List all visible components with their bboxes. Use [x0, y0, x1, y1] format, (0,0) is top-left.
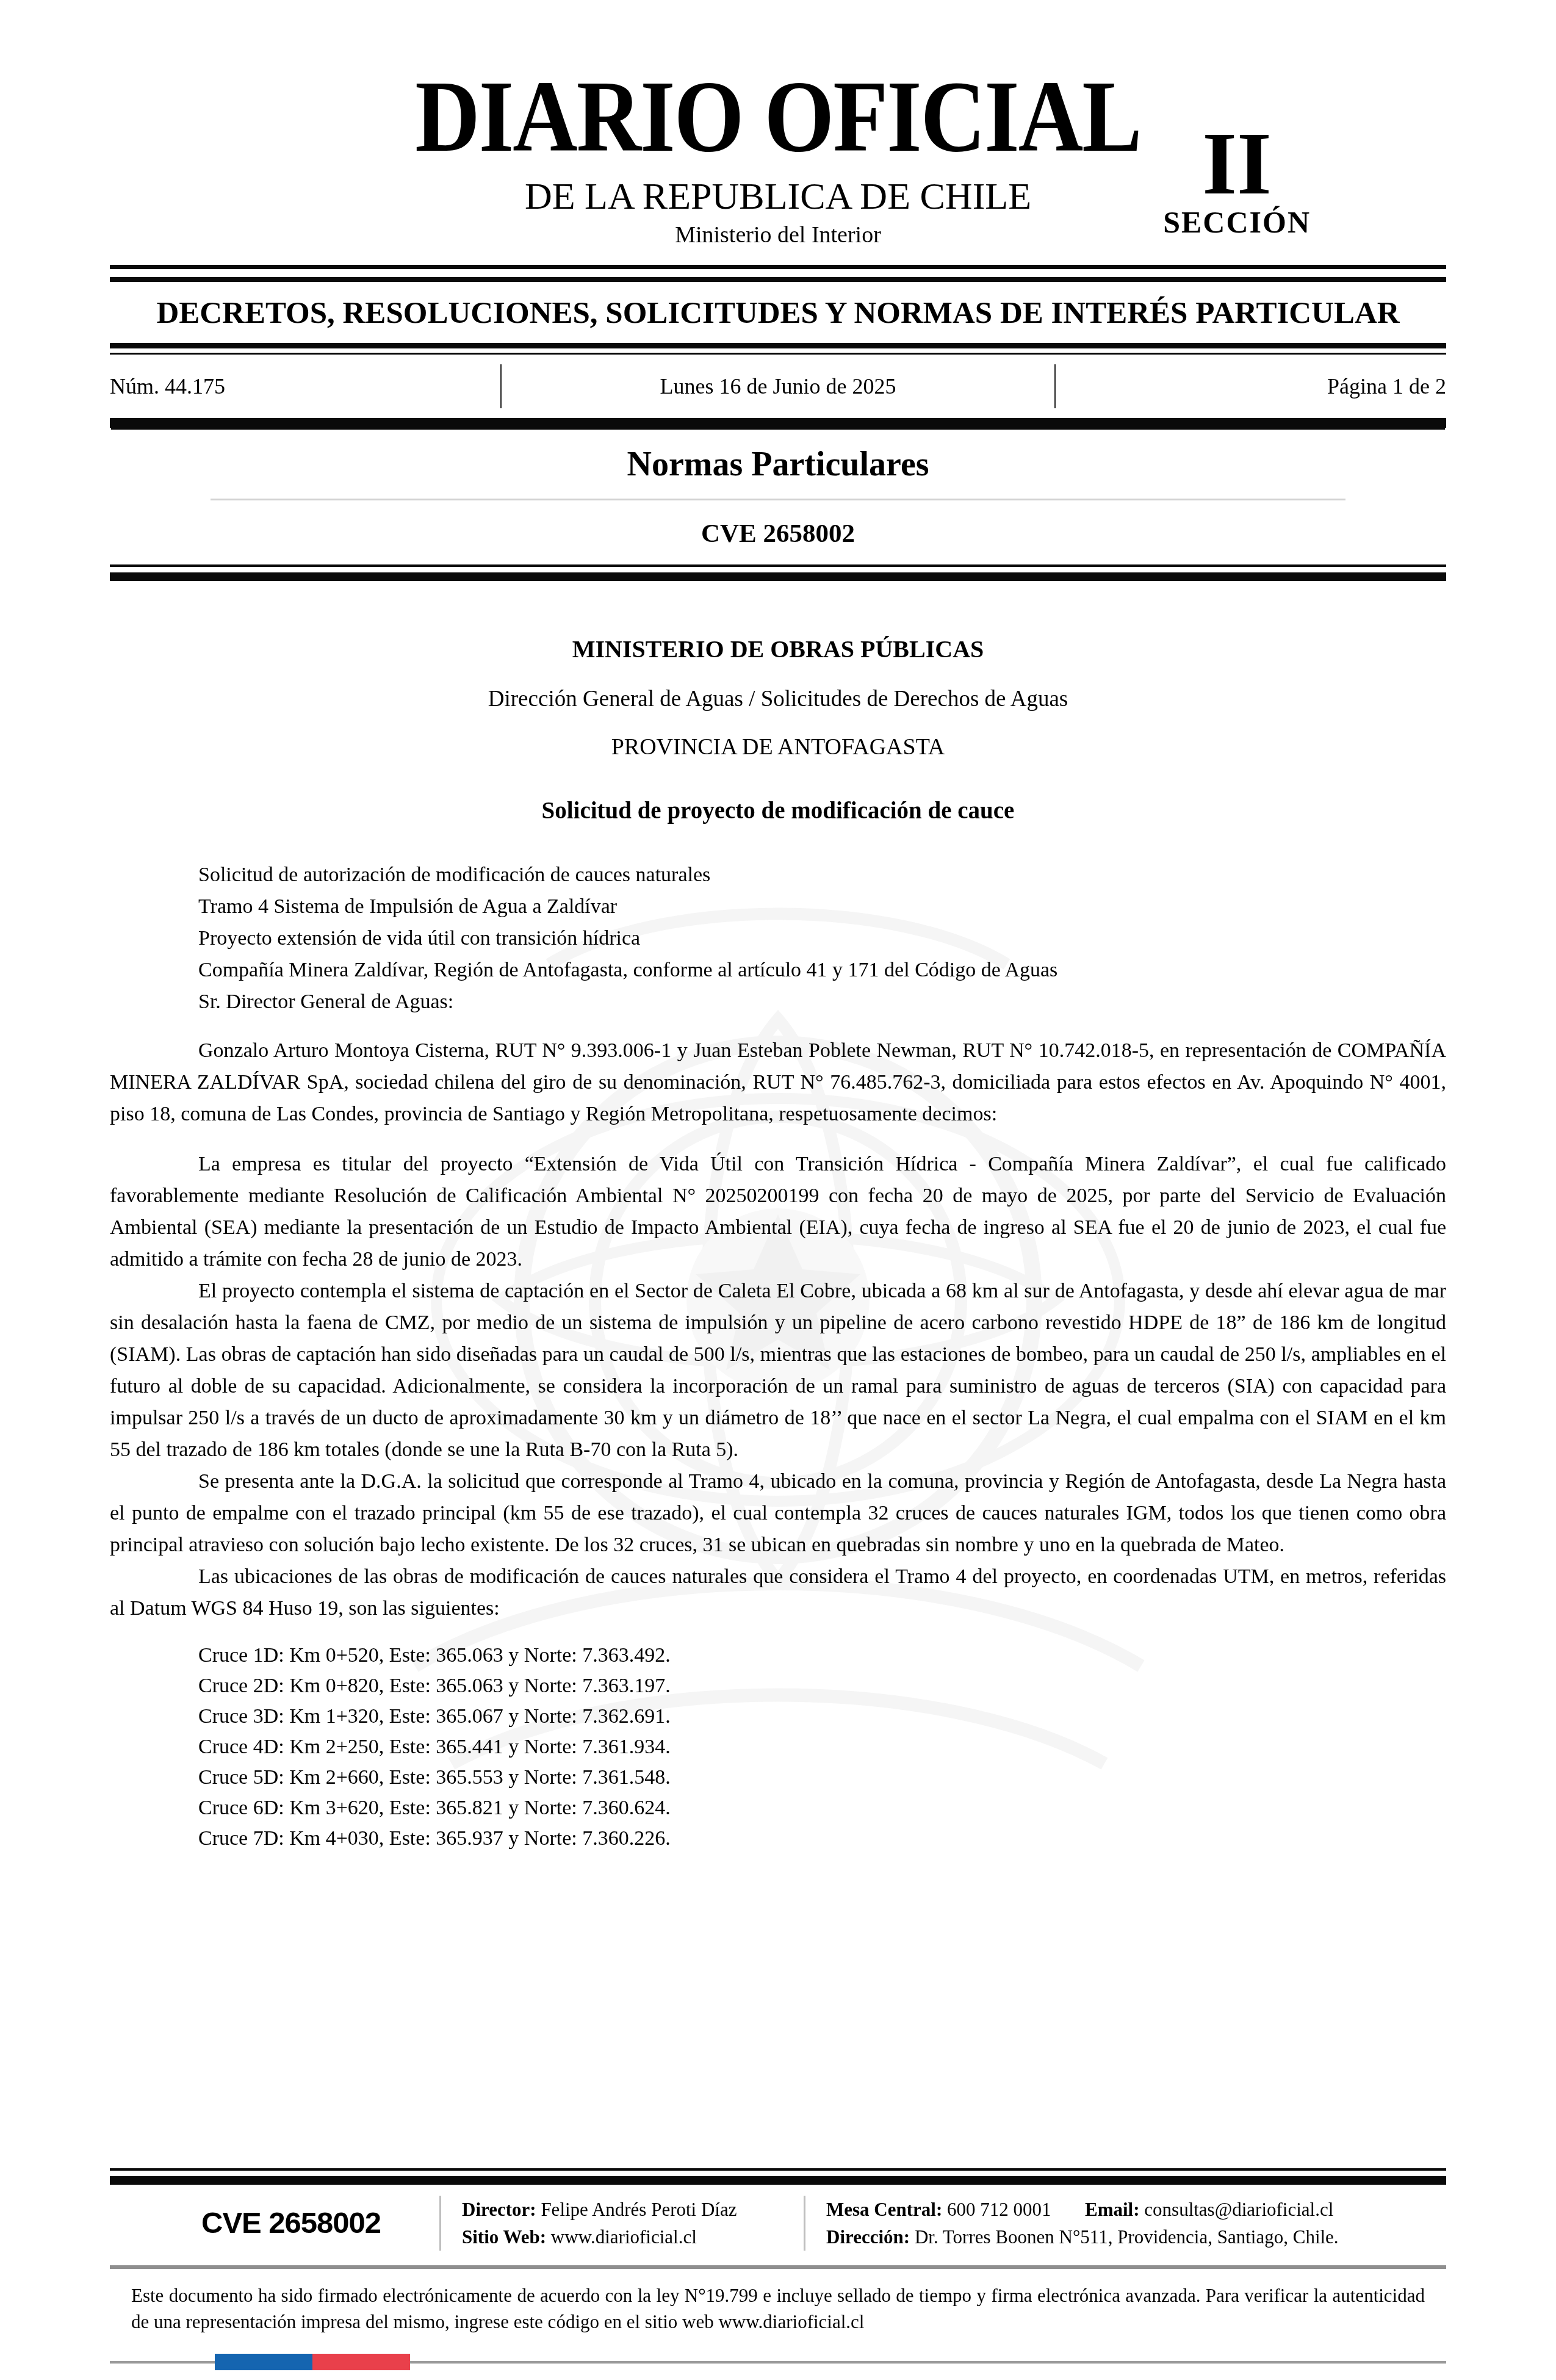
page-content: DIARIO OFICIAL DE LA REPUBLICA DE CHILE …	[0, 0, 1556, 1854]
body-paragraph: La empresa es titular del proyecto “Exte…	[110, 1149, 1446, 1275]
issue-number: Núm. 44.175	[110, 373, 500, 399]
section-title-rule	[211, 499, 1345, 500]
gazette-page: DIARIO OFICIAL DE LA REPUBLICA DE CHILE …	[0, 0, 1556, 2380]
body-paragraph: Gonzalo Arturo Montoya Cisterna, RUT N° …	[110, 1035, 1446, 1130]
footer-director-line: Director: Felipe Andrés Peroti Díaz	[462, 2196, 804, 2223]
website-value: www.diarioficial.cl	[551, 2226, 697, 2248]
notice-top-divider	[110, 564, 1446, 581]
meta-divider	[110, 418, 1446, 428]
footer-contact-column: Mesa Central: 600 712 0001 Email: consul…	[805, 2194, 1446, 2252]
banner-heading: DECRETOS, RESOLUCIONES, SOLICITUDES Y NO…	[110, 282, 1446, 343]
masthead-divider	[110, 265, 1446, 282]
issue-meta-row: Núm. 44.175 Lunes 16 de Junio de 2025 Pá…	[110, 355, 1446, 418]
notice-top-divider-thin	[110, 564, 1446, 567]
request-line: Solicitud de autorización de modificació…	[110, 859, 1446, 891]
footer-gray-rule	[110, 2265, 1446, 2269]
masthead: DIARIO OFICIAL DE LA REPUBLICA DE CHILE …	[110, 0, 1446, 249]
notice-top-divider-bar	[110, 572, 1446, 581]
banner-divider	[110, 343, 1446, 355]
address-value: Dr. Torres Boonen N°511, Providencia, Sa…	[915, 2226, 1339, 2248]
salutation: Sr. Director General de Aguas:	[110, 986, 1446, 1018]
request-paragraph: Compañía Minera Zaldívar, Región de Anto…	[110, 954, 1446, 986]
website-label: Sitio Web:	[462, 2226, 546, 2248]
issue-date: Lunes 16 de Junio de 2025	[502, 373, 1054, 399]
address-label: Dirección:	[826, 2226, 910, 2248]
section-title: Normas Particulares	[110, 445, 1446, 484]
crossing-item: Cruce 7D: Km 4+030, Este: 365.937 y Nort…	[198, 1823, 1446, 1854]
phone-value: 600 712 0001	[947, 2199, 1051, 2220]
footer-top-divider-thin	[110, 2168, 1446, 2171]
body-paragraph: El proyecto contempla el sistema de capt…	[110, 1275, 1446, 1466]
section-roman-numeral: II	[1163, 127, 1311, 200]
footer-website-line: Sitio Web: www.diarioficial.cl	[462, 2223, 804, 2251]
chile-flag-mark	[215, 2354, 410, 2370]
crossing-item: Cruce 3D: Km 1+320, Este: 365.067 y Nort…	[198, 1701, 1446, 1732]
email-value: consultas@diarioficial.cl	[1144, 2199, 1333, 2220]
crossing-item: Cruce 4D: Km 2+250, Este: 365.441 y Nort…	[198, 1732, 1446, 1762]
body-paragraph: Las ubicaciones de las obras de modifica…	[110, 1561, 1446, 1625]
flag-red-block	[312, 2354, 410, 2370]
notice-body: Solicitud de autorización de modificació…	[110, 859, 1446, 1854]
request-line: Proyecto extensión de vida útil con tran…	[110, 923, 1446, 954]
crossing-list: Cruce 1D: Km 0+520, Este: 365.063 y Nort…	[110, 1640, 1446, 1854]
section-word: SECCIÓN	[1163, 205, 1311, 239]
phone-label: Mesa Central:	[826, 2199, 942, 2220]
footer-info: CVE 2658002 Director: Felipe Andrés Pero…	[110, 2194, 1446, 2252]
body-paragraph: Se presenta ante la D.G.A. la solicitud …	[110, 1466, 1446, 1561]
crossing-item: Cruce 1D: Km 0+520, Este: 365.063 y Nort…	[198, 1640, 1446, 1671]
banner-divider-bar	[110, 343, 1446, 348]
notice: MINISTERIO DE OBRAS PÚBLICAS Dirección G…	[110, 635, 1446, 1854]
section-indicator: II SECCIÓN	[1163, 127, 1311, 239]
crossing-item: Cruce 2D: Km 0+820, Este: 365.063 y Nort…	[198, 1671, 1446, 1701]
request-line: Tramo 4 Sistema de Impulsión de Agua a Z…	[110, 891, 1446, 923]
cve-heading: CVE 2658002	[110, 519, 1446, 549]
page-indicator: Página 1 de 2	[1056, 373, 1446, 399]
footer-director-column: Director: Felipe Andrés Peroti Díaz Siti…	[441, 2194, 804, 2252]
notice-division: Dirección General de Aguas / Solicitudes…	[110, 686, 1446, 713]
director-name: Felipe Andrés Peroti Díaz	[541, 2199, 737, 2220]
footer-inner: CVE 2658002 Director: Felipe Andrés Pero…	[0, 2168, 1556, 2335]
crossing-item: Cruce 5D: Km 2+660, Este: 365.553 y Nort…	[198, 1762, 1446, 1793]
notice-subject: Solicitud de proyecto de modificación de…	[110, 797, 1446, 825]
footer-bottom-band	[0, 2353, 1556, 2371]
footer-address-line: Dirección: Dr. Torres Boonen N°511, Prov…	[826, 2223, 1446, 2251]
footer-phone-line: Mesa Central: 600 712 0001 Email: consul…	[826, 2196, 1446, 2223]
page-footer: CVE 2658002 Director: Felipe Andrés Pero…	[0, 2168, 1556, 2371]
legal-notice: Este documento ha sido firmado electróni…	[131, 2282, 1425, 2335]
director-label: Director:	[462, 2199, 536, 2220]
flag-blue-block	[215, 2354, 312, 2370]
email-label: Email:	[1085, 2199, 1140, 2220]
crossing-item: Cruce 6D: Km 3+620, Este: 365.821 y Nort…	[198, 1793, 1446, 1823]
footer-top-divider-bar	[110, 2176, 1446, 2185]
notice-province: PROVINCIA DE ANTOFAGASTA	[110, 734, 1446, 760]
footer-cve: CVE 2658002	[110, 2194, 439, 2252]
notice-ministry: MINISTERIO DE OBRAS PÚBLICAS	[110, 635, 1446, 664]
footer-top-divider	[110, 2168, 1446, 2185]
